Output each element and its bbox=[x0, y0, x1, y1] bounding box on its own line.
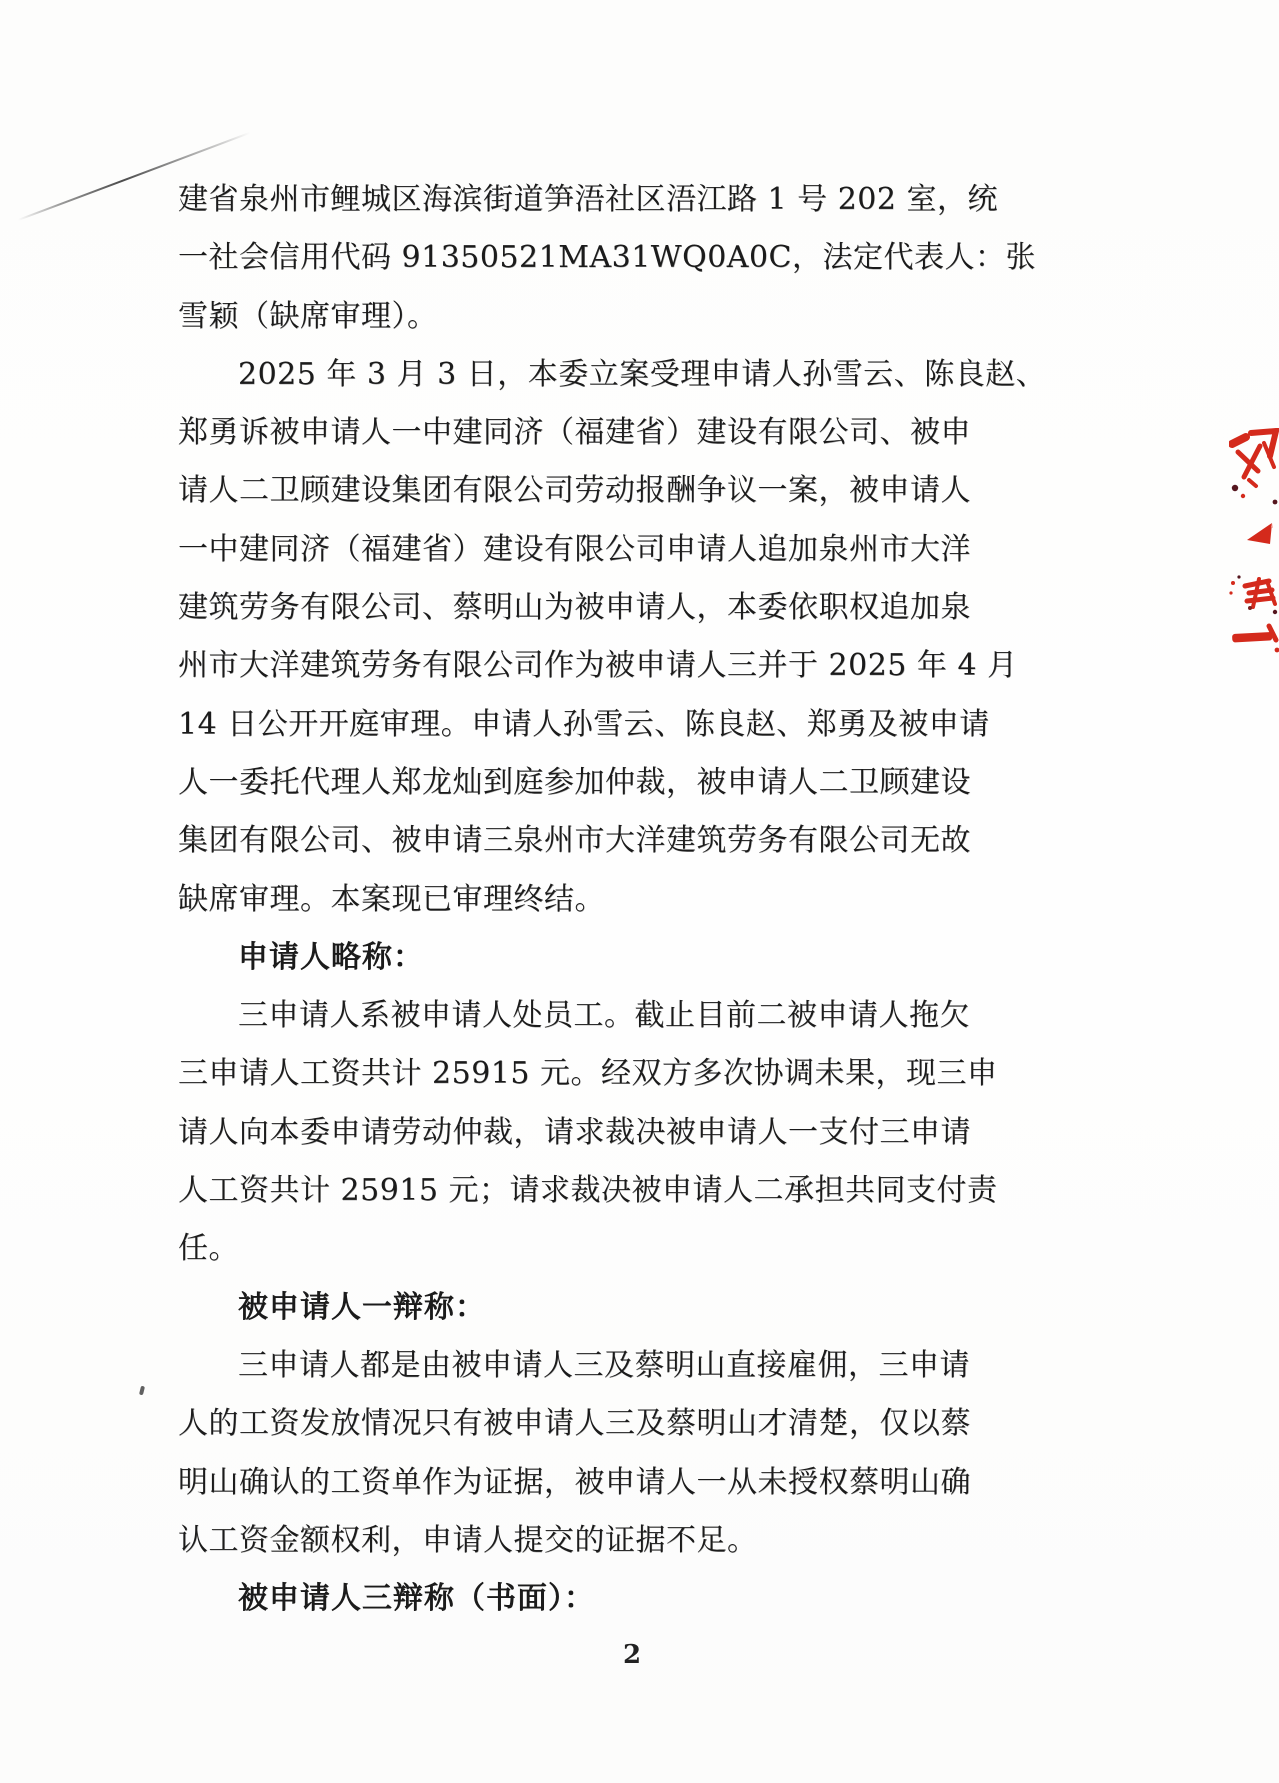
text-line: 雪颖（缺席审理）。 bbox=[178, 288, 968, 346]
page-number: 2 bbox=[615, 1640, 649, 1670]
section-heading-respondent3-defense: 被申请人三辩称（书面）： bbox=[178, 1570, 968, 1628]
text-line: 任。 bbox=[178, 1220, 968, 1278]
text-line: 一社会信用代码 91350521MA31WQ0A0C，法定代表人：张 bbox=[178, 229, 968, 287]
text-line: 认工资金额权利，申请人提交的证据不足。 bbox=[178, 1512, 968, 1570]
text-line: 建筑劳务有限公司、蔡明山为被申请人，本委依职权追加泉 bbox=[178, 579, 968, 637]
text-line: 三申请人都是由被申请人三及蔡明山直接雇佣，三申请 bbox=[178, 1337, 968, 1395]
text-line: 2025 年 3 月 3 日，本委立案受理申请人孙雪云、陈良赵、 bbox=[178, 346, 968, 404]
text-line: 请人向本委申请劳动仲裁，请求裁决被申请人一支付三申请 bbox=[178, 1104, 968, 1162]
section-heading-respondent1-defense: 被申请人一辩称： bbox=[178, 1279, 968, 1337]
text-line: 人一委托代理人郑龙灿到庭参加仲裁，被申请人二卫顾建设 bbox=[178, 754, 968, 812]
text-line: 三申请人工资共计 25915 元。经双方多次协调未果，现三申 bbox=[178, 1045, 968, 1103]
text-line: 一中建同济（福建省）建设有限公司申请人追加泉州市大洋 bbox=[178, 521, 968, 579]
document-body: 建省泉州市鲤城区海滨街道笋浯社区浯江路 1 号 202 室，统 一社会信用代码 … bbox=[178, 171, 968, 1628]
text-line: 请人二卫顾建设集团有限公司劳动报酬争议一案，被申请人 bbox=[178, 462, 968, 520]
red-stamp-fragment-icon bbox=[1228, 574, 1279, 656]
text-line: 缺席审理。本案现已审理终结。 bbox=[178, 871, 968, 929]
section-heading-applicant-claim: 申请人略称： bbox=[178, 929, 968, 987]
text-line: 14 日公开开庭审理。申请人孙雪云、陈良赵、郑勇及被申请 bbox=[178, 696, 968, 754]
text-line: 人工资共计 25915 元；请求裁决被申请人二承担共同支付责 bbox=[178, 1162, 968, 1220]
text-line: 三申请人系被申请人处员工。截止目前二被申请人拖欠 bbox=[178, 987, 968, 1045]
red-stamp-fragment-icon bbox=[1229, 428, 1279, 506]
text-line: 明山确认的工资单作为证据，被申请人一从未授权蔡明山确 bbox=[178, 1454, 968, 1512]
text-line: 集团有限公司、被申请三泉州市大洋建筑劳务有限公司无故 bbox=[178, 812, 968, 870]
text-line: 郑勇诉被申请人一中建同济（福建省）建设有限公司、被申 bbox=[178, 404, 968, 462]
text-line: 建省泉州市鲤城区海滨街道笋浯社区浯江路 1 号 202 室，统 bbox=[178, 171, 968, 229]
scanned-document-page: 建省泉州市鲤城区海滨街道笋浯社区浯江路 1 号 202 室，统 一社会信用代码 … bbox=[0, 0, 1279, 1783]
ink-speck-artifact bbox=[139, 1386, 145, 1396]
text-line: 州市大洋建筑劳务有限公司作为被申请人三并于 2025 年 4 月 bbox=[178, 637, 968, 695]
red-stamp-triangle-icon bbox=[1246, 522, 1274, 548]
text-line: 人的工资发放情况只有被申请人三及蔡明山才清楚，仅以蔡 bbox=[178, 1395, 968, 1453]
